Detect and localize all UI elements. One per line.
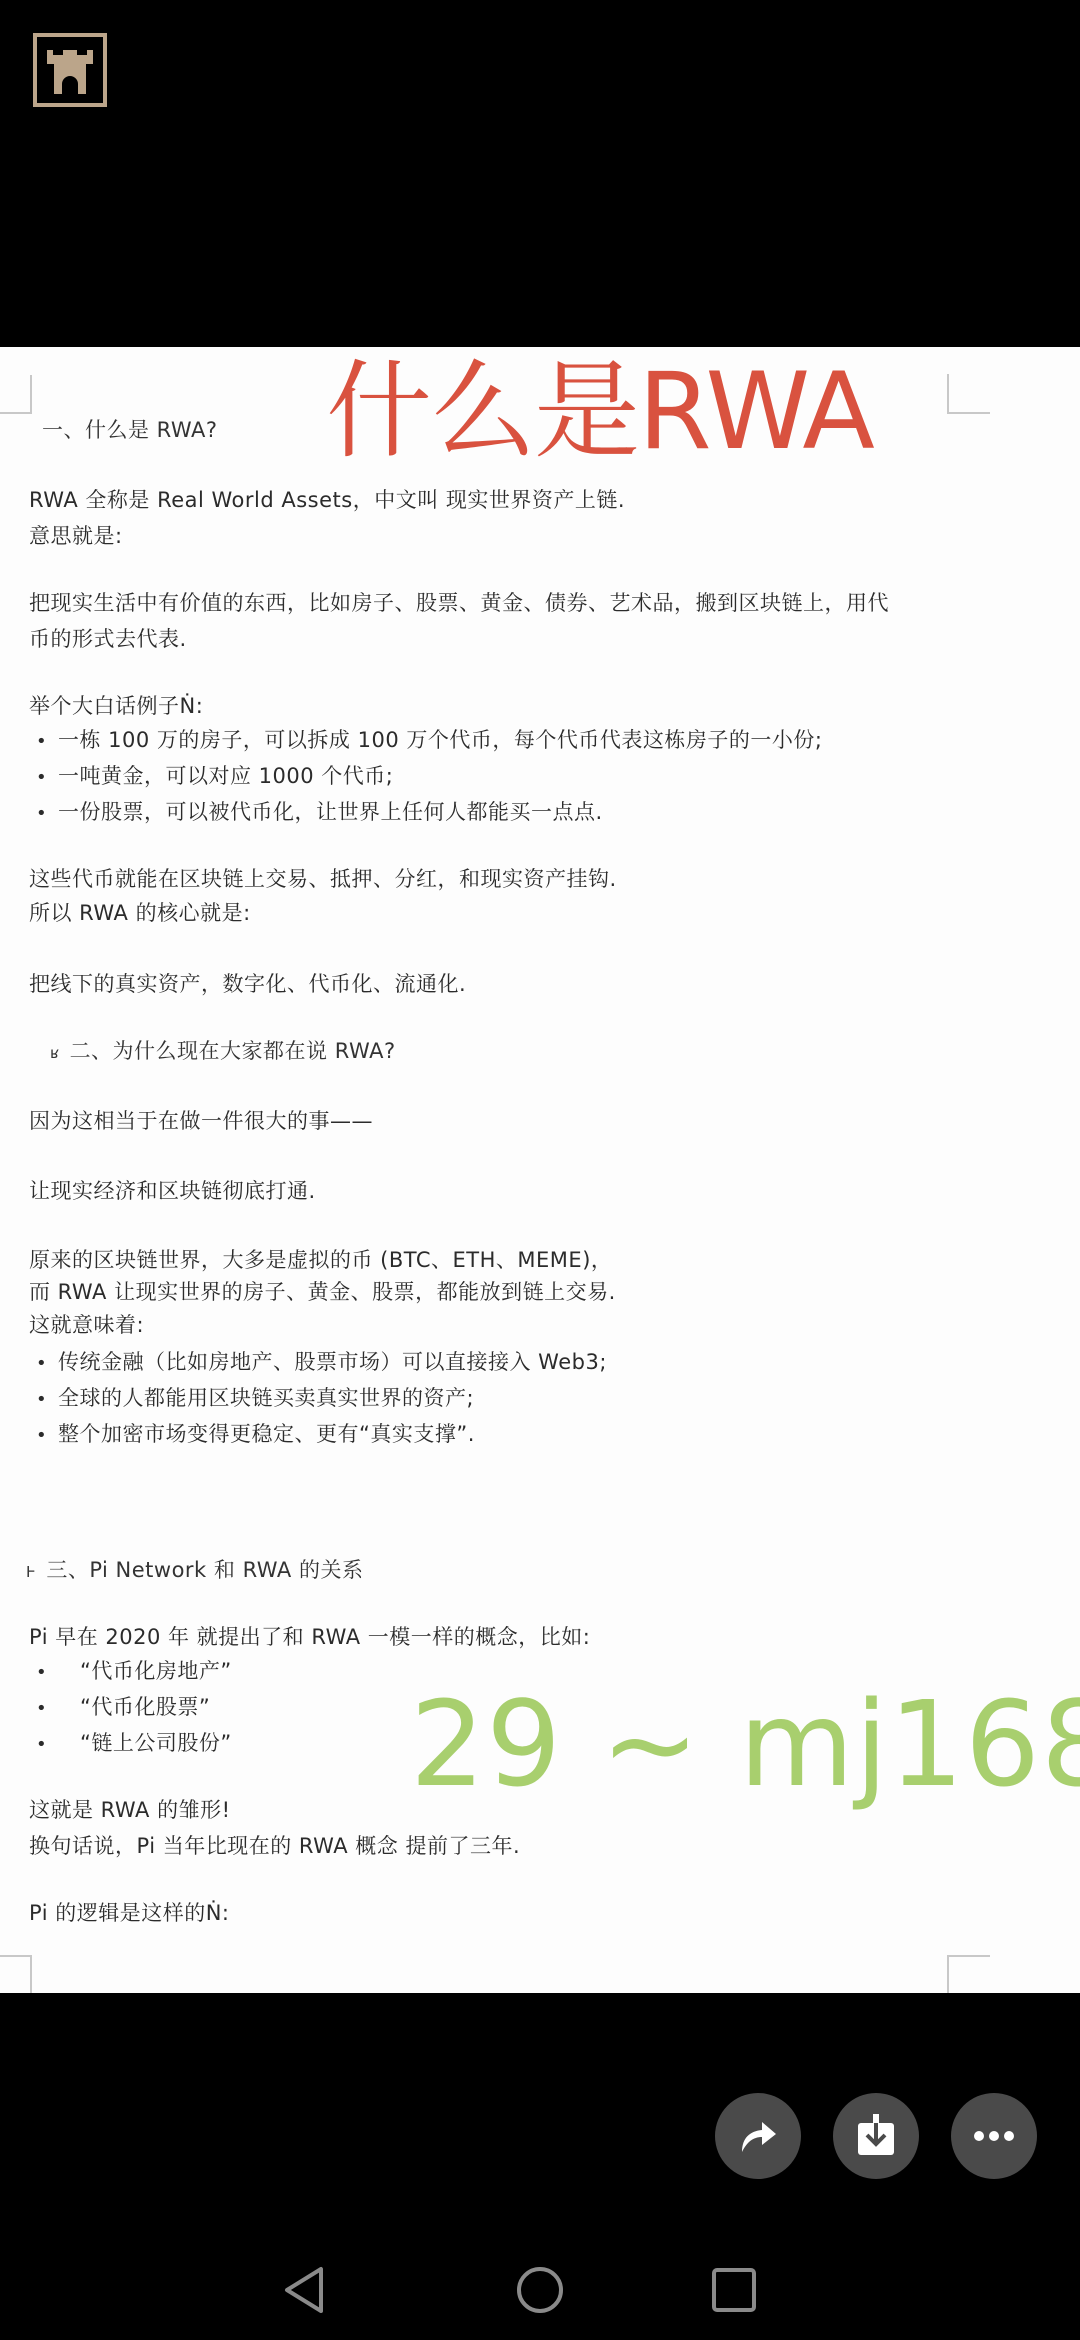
broken-emoji-icon: Ͱ (26, 1563, 36, 1581)
image-actions-bar (0, 2093, 1080, 2179)
home-button[interactable] (510, 2260, 570, 2320)
bullet-item: •“代币化房地产” (36, 1658, 232, 1686)
doc-line: 换句话说，Pi 当年比现在的 RWA 概念 提前了三年. (29, 1833, 520, 1859)
system-navigation-bar (0, 2240, 1080, 2340)
bullet-dot-icon: • (36, 765, 58, 791)
doc-line: 而 RWA 让现实世界的房子、黄金、股票，都能放到链上交易. (29, 1279, 616, 1305)
doc-line: 原来的区块链世界，大多是虚拟的币 (BTC、ETH、MEME)， (29, 1247, 612, 1273)
download-icon (854, 2114, 898, 2158)
more-options-button[interactable] (951, 2093, 1037, 2179)
doc-line: 让现实经济和区块链彻底打通. (29, 1178, 316, 1204)
page-corner-mark-bottom-left (0, 1955, 32, 1993)
more-icon (972, 2129, 1016, 2143)
bullet-item: •“代币化股票” (36, 1694, 210, 1722)
share-button[interactable] (715, 2093, 801, 2179)
bullet-dot-icon: • (36, 1387, 58, 1413)
back-icon (283, 2265, 327, 2315)
recents-icon (711, 2267, 757, 2313)
download-button[interactable] (833, 2093, 919, 2179)
doc-line: 把线下的真实资产，数字化、代币化、流通化. (29, 971, 466, 997)
bullet-dot-icon: • (36, 1351, 58, 1377)
section-heading-1: 一、什么是 RWA? (42, 417, 218, 443)
doc-line: RWA 全称是 Real World Assets，中文叫 现实世界资产上链. (29, 487, 625, 513)
bullet-text: “代币化股票” (80, 1695, 210, 1719)
doc-line: 因为这相当于在做一件很大的事—— (29, 1108, 373, 1134)
doc-line: 币的形式去代表. (29, 626, 187, 652)
heading-text: 二、为什么现在大家都在说 RWA? (70, 1039, 396, 1063)
section-heading-3: Ͱ三、Pi Network 和 RWA 的关系 (26, 1557, 363, 1585)
bullet-text: “代币化房地产” (80, 1659, 232, 1683)
bullet-text: 传统金融（比如房地产、股票市场）可以直接接入 Web3; (58, 1350, 607, 1374)
doc-line: Pi 早在 2020 年 就提出了和 RWA 一模一样的概念，比如: (29, 1624, 590, 1650)
bullet-text: “链上公司股份” (80, 1731, 232, 1755)
home-icon (515, 2265, 565, 2315)
app-logo-castle-icon (33, 33, 107, 107)
bullet-text: 整个加密市场变得更稳定、更有“真实支撑”. (58, 1422, 475, 1446)
bullet-dot-icon: • (36, 1732, 80, 1758)
bullet-text: 一吨黄金，可以对应 1000 个代币; (58, 764, 393, 788)
recents-button[interactable] (704, 2260, 764, 2320)
bullet-dot-icon: • (36, 1423, 58, 1449)
bullet-dot-icon: • (36, 1696, 80, 1722)
bullet-item: •全球的人都能用区块链买卖真实世界的资产; (36, 1385, 474, 1413)
bullet-text: 全球的人都能用区块链买卖真实世界的资产; (58, 1386, 474, 1410)
bullet-item: •一栋 100 万的房子，可以拆成 100 万个代币，每个代币代表这栋房子的一小… (36, 727, 822, 755)
document-image[interactable]: 什么是RWA 一、什么是 RWA? RWA 全称是 Real World Ass… (0, 347, 1080, 1993)
section-heading-2: ʁ二、为什么现在大家都在说 RWA? (50, 1038, 396, 1066)
bullet-item: •“链上公司股份” (36, 1730, 232, 1758)
heading-text: 三、Pi Network 和 RWA 的关系 (46, 1558, 363, 1582)
doc-line: 这就是 RWA 的雏形! (29, 1797, 231, 1823)
doc-line: 把现实生活中有价值的东西，比如房子、股票、黄金、债券、艺术品，搬到区块链上，用代 (29, 590, 889, 616)
doc-line: Pi 的逻辑是这样的Ṅ: (29, 1900, 230, 1926)
bullet-item: •整个加密市场变得更稳定、更有“真实支撑”. (36, 1421, 475, 1449)
doc-line: 所以 RWA 的核心就是: (29, 900, 251, 926)
bullet-dot-icon: • (36, 801, 58, 827)
page-corner-mark-top-right (947, 374, 990, 414)
bullet-dot-icon: • (36, 1660, 80, 1686)
bullet-text: 一栋 100 万的房子，可以拆成 100 万个代币，每个代币代表这栋房子的一小份… (58, 728, 822, 752)
back-button[interactable] (275, 2260, 335, 2320)
watermark-text: 29 ~ mj168 (410, 1685, 1080, 1803)
doc-line: 这就意味着: (29, 1312, 144, 1338)
page-corner-mark-top-left (0, 375, 32, 414)
share-icon (736, 2114, 780, 2158)
title-overlay: 什么是RWA (326, 359, 873, 465)
bullet-dot-icon: • (36, 729, 58, 755)
doc-line: 这些代币就能在区块链上交易、抵押、分红，和现实资产挂钩. (29, 866, 617, 892)
bullet-item: •传统金融（比如房地产、股票市场）可以直接接入 Web3; (36, 1349, 607, 1377)
broken-emoji-icon: ʁ (50, 1044, 60, 1062)
bullet-item: •一吨黄金，可以对应 1000 个代币; (36, 763, 393, 791)
doc-line: 意思就是: (29, 523, 123, 549)
page-corner-mark-bottom-right (947, 1955, 990, 1993)
bullet-item: •一份股票，可以被代币化，让世界上任何人都能买一点点. (36, 799, 603, 827)
doc-line: 举个大白话例子Ṅ: (29, 693, 203, 719)
bullet-text: 一份股票，可以被代币化，让世界上任何人都能买一点点. (58, 800, 603, 824)
